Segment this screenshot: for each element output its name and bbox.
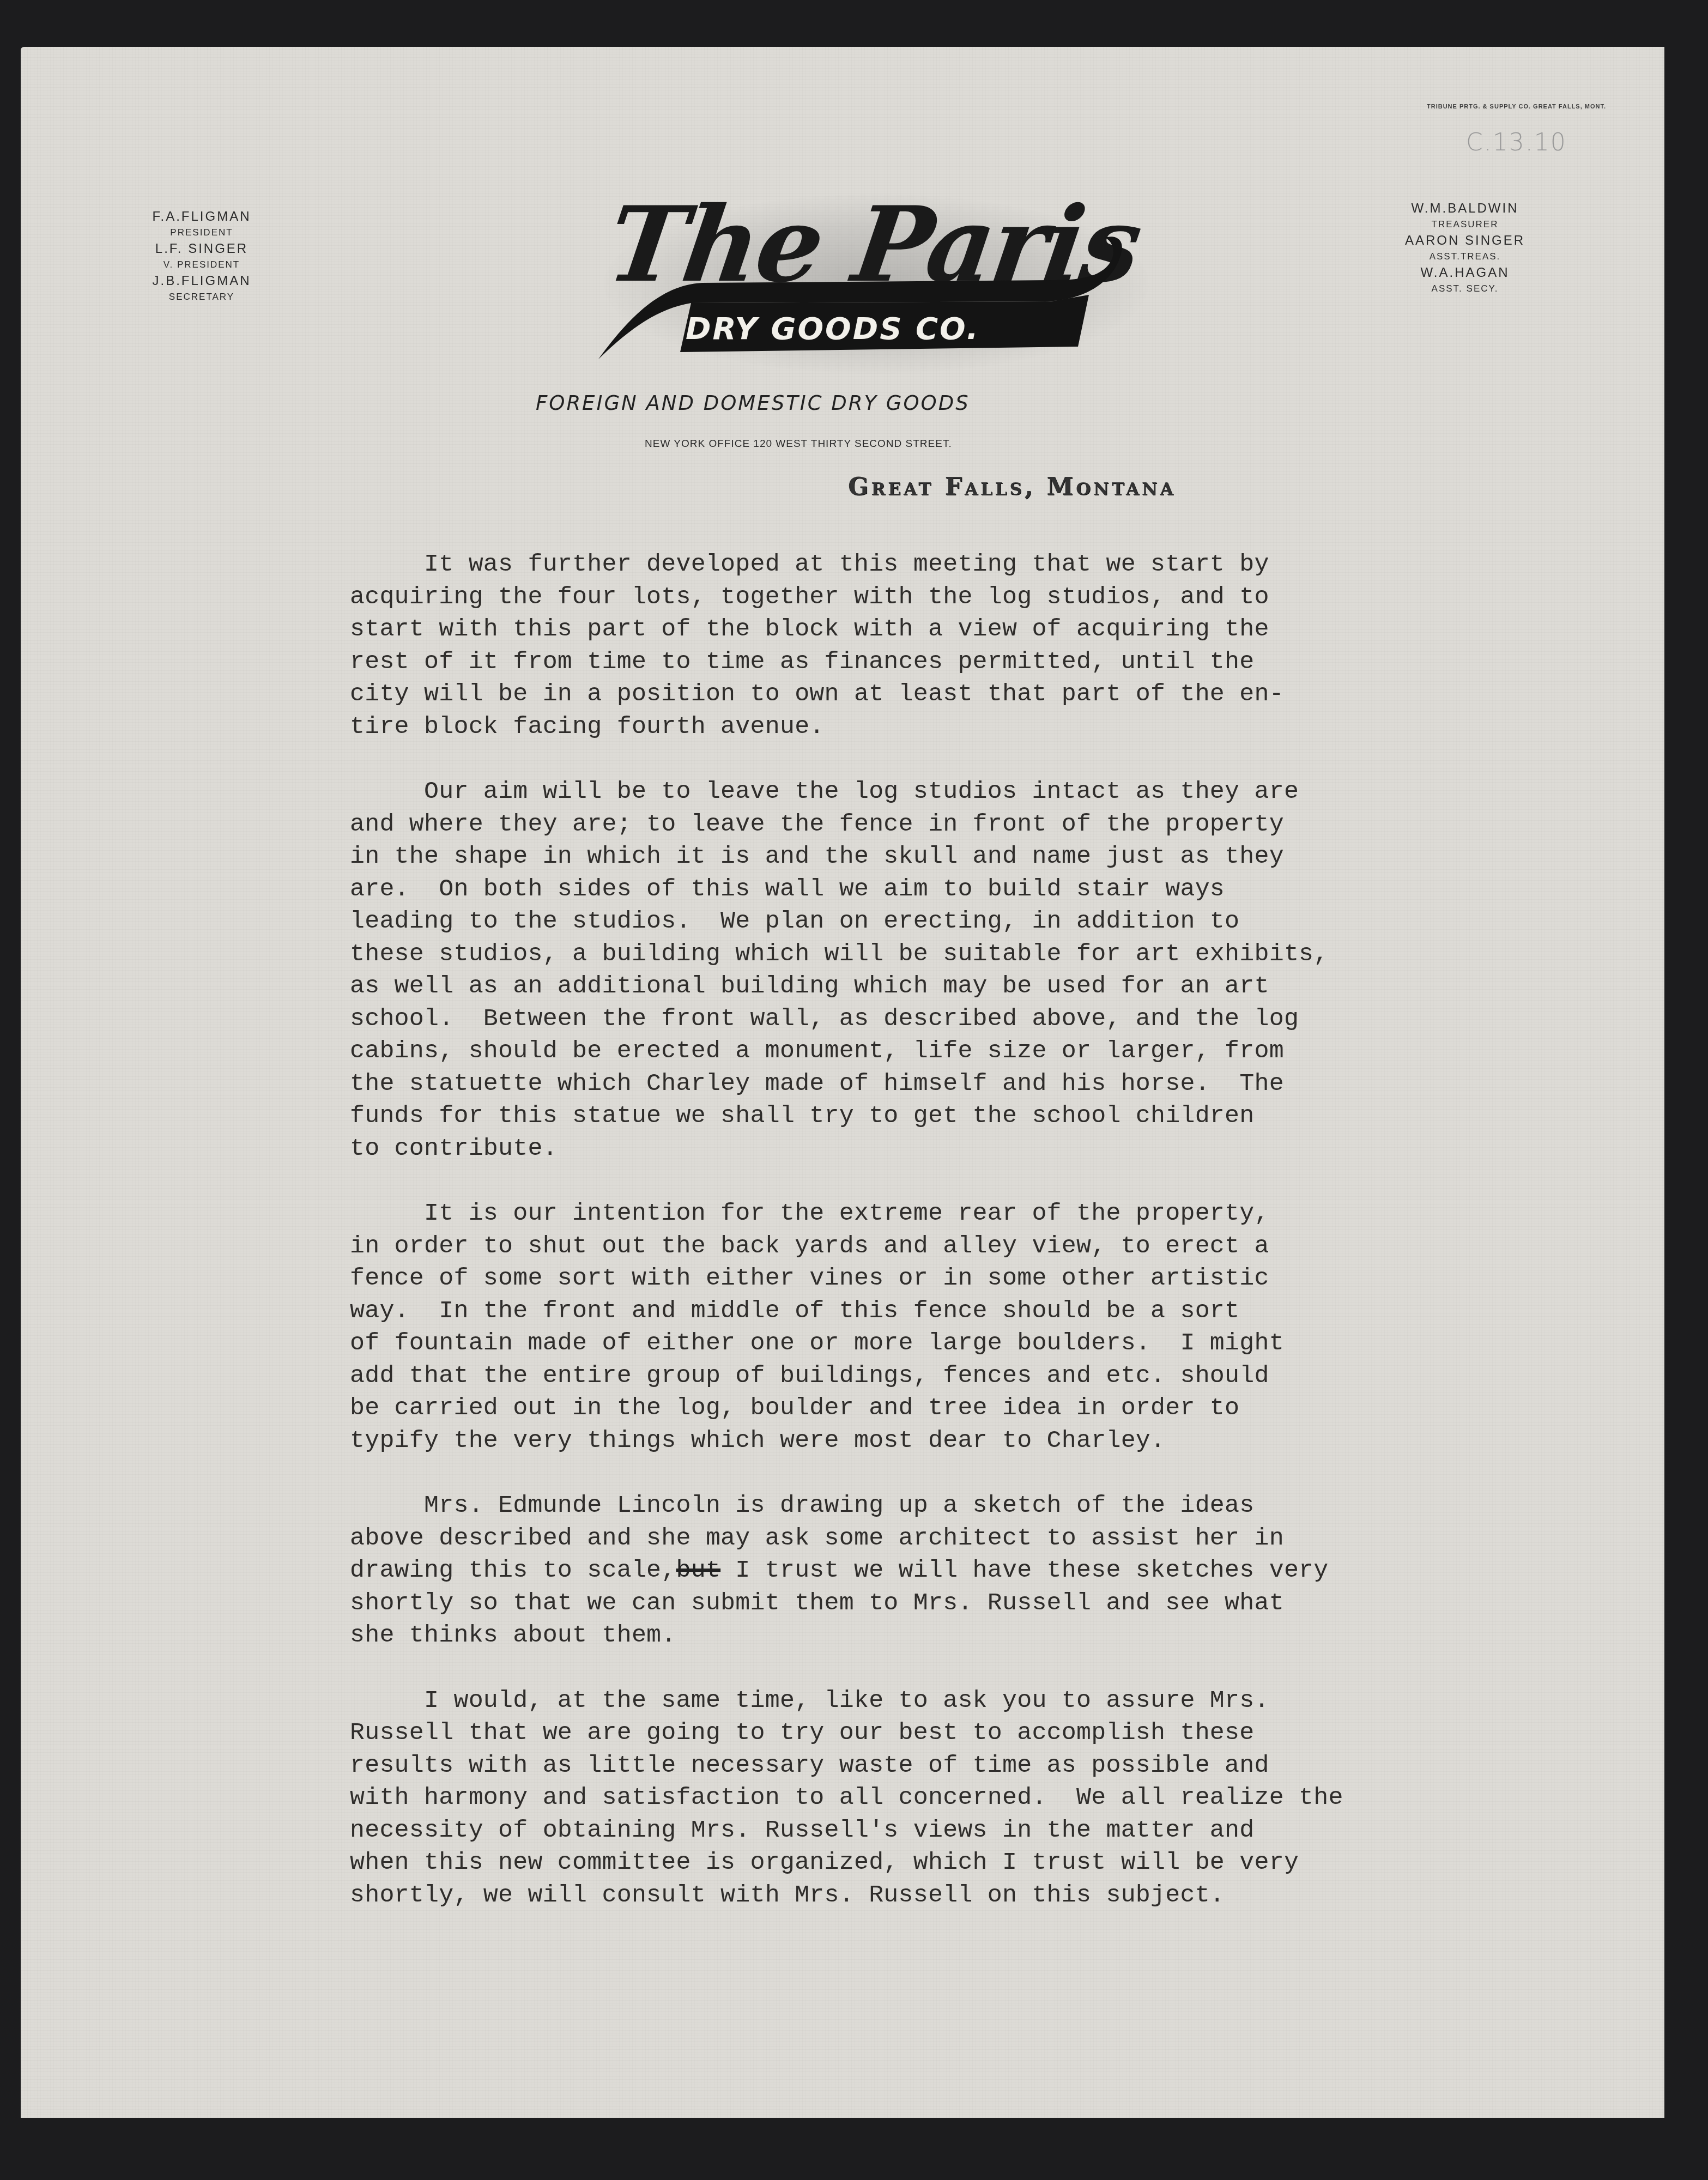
text-line: cabins, should be erected a monument, li… (350, 1035, 1494, 1068)
text-line: of fountain made of either one or more l… (350, 1327, 1494, 1360)
paragraph: It was further developed at this meeting… (350, 548, 1494, 743)
officer-role: SECRETARY (142, 292, 262, 301)
paragraph: Our aim will be to leave the log studios… (350, 776, 1494, 1165)
city-heading: Great Falls, Montana (848, 473, 1176, 501)
text-line: the statuette which Charley made of hims… (350, 1068, 1494, 1100)
text-line: acquiring the four lots, together with t… (350, 581, 1494, 614)
officers-left: F.A.FLIGMAN PRESIDENT L.F. SINGER V. PRE… (142, 205, 262, 301)
text-line: It is our intention for the extreme rear… (350, 1197, 1494, 1230)
officer-name: AARON SINGER (1394, 234, 1536, 247)
paragraph: Mrs. Edmunde Lincoln is drawing up a ske… (350, 1489, 1494, 1652)
text-line: city will be in a position to own at lea… (350, 678, 1494, 711)
text-line: add that the entire group of buildings, … (350, 1360, 1494, 1392)
paragraph: It is our intention for the extreme rear… (350, 1197, 1494, 1457)
officer-name: W.M.BALDWIN (1394, 202, 1536, 215)
text-line: tire block facing fourth avenue. (350, 711, 1494, 743)
letter-body: It was further developed at this meeting… (350, 548, 1494, 1944)
company-logo: The Paris DRY GOODS CO. (566, 183, 1182, 390)
officer-name: F.A.FLIGMAN (142, 210, 262, 223)
text-segment: drawing this to scale, (350, 1557, 676, 1584)
officer-role: ASST. SECY. (1394, 284, 1536, 293)
text-line: these studios, a building which will be … (350, 938, 1494, 971)
text-line: are. On both sides of this wall we aim t… (350, 873, 1494, 906)
text-segment: I trust we will have these sketches very (720, 1557, 1328, 1584)
officer-name: L.F. SINGER (142, 243, 262, 256)
text-line: It was further developed at this meeting… (350, 548, 1494, 581)
text-line: fence of some sort with either vines or … (350, 1262, 1494, 1295)
letter-page: TRIBUNE PRTG. & SUPPLY CO. GREAT FALLS, … (21, 47, 1664, 2118)
officer-name: W.A.HAGAN (1394, 267, 1536, 280)
logo-banner-text: DRY GOODS CO. (686, 311, 980, 347)
text-line: typify the very things which were most d… (350, 1425, 1494, 1457)
text-line: she thinks about them. (350, 1619, 1494, 1652)
struck-out-word: but (676, 1557, 721, 1584)
paragraph: I would, at the same time, like to ask y… (350, 1685, 1494, 1912)
text-line: with harmony and satisfaction to all con… (350, 1782, 1494, 1814)
officer-name: J.B.FLIGMAN (142, 275, 262, 288)
text-line: necessity of obtaining Mrs. Russell's vi… (350, 1814, 1494, 1847)
text-line: as well as an additional building which … (350, 970, 1494, 1003)
new-york-office-address: NEW YORK OFFICE 120 WEST THIRTY SECOND S… (645, 438, 952, 450)
text-line: Our aim will be to leave the log studios… (350, 776, 1494, 808)
text-line: shortly so that we can submit them to Mr… (350, 1587, 1494, 1620)
text-line: leading to the studios. We plan on erect… (350, 905, 1494, 938)
text-line: rest of it from time to time as finances… (350, 646, 1494, 679)
text-line: results with as little necessary waste o… (350, 1749, 1494, 1782)
logo-banner: DRY GOODS CO. (598, 300, 1132, 349)
text-line: school. Between the front wall, as descr… (350, 1003, 1494, 1035)
officer-role: V. PRESIDENT (142, 260, 262, 269)
text-line: in order to shut out the back yards and … (350, 1230, 1494, 1263)
officer-role: PRESIDENT (142, 228, 262, 237)
text-line-with-correction: drawing this to scale,but I trust we wil… (350, 1554, 1494, 1587)
text-line: funds for this statue we shall try to ge… (350, 1100, 1494, 1133)
printer-credit: TRIBUNE PRTG. & SUPPLY CO. GREAT FALLS, … (1427, 104, 1606, 110)
text-line: Russell that we are going to try our bes… (350, 1717, 1494, 1749)
text-line: Mrs. Edmunde Lincoln is drawing up a ske… (350, 1489, 1494, 1522)
officer-role: ASST.TREAS. (1394, 252, 1536, 261)
officer-role: TREASURER (1394, 220, 1536, 229)
archive-pencil-mark: C.13.10 (1466, 129, 1567, 156)
text-line: in the shape in which it is and the skul… (350, 840, 1494, 873)
text-line: way. In the front and middle of this fen… (350, 1295, 1494, 1328)
text-line: be carried out in the log, boulder and t… (350, 1392, 1494, 1425)
text-line: to contribute. (350, 1133, 1494, 1165)
text-line: I would, at the same time, like to ask y… (350, 1685, 1494, 1717)
text-line: shortly, we will consult with Mrs. Russe… (350, 1879, 1494, 1912)
text-line: start with this part of the block with a… (350, 613, 1494, 646)
officers-right: W.M.BALDWIN TREASURER AARON SINGER ASST.… (1394, 197, 1536, 293)
text-line: and where they are; to leave the fence i… (350, 808, 1494, 841)
text-line: above described and she may ask some arc… (350, 1522, 1494, 1555)
text-line: when this new committee is organized, wh… (350, 1846, 1494, 1879)
tagline: FOREIGN AND DOMESTIC DRY GOODS (536, 391, 970, 415)
